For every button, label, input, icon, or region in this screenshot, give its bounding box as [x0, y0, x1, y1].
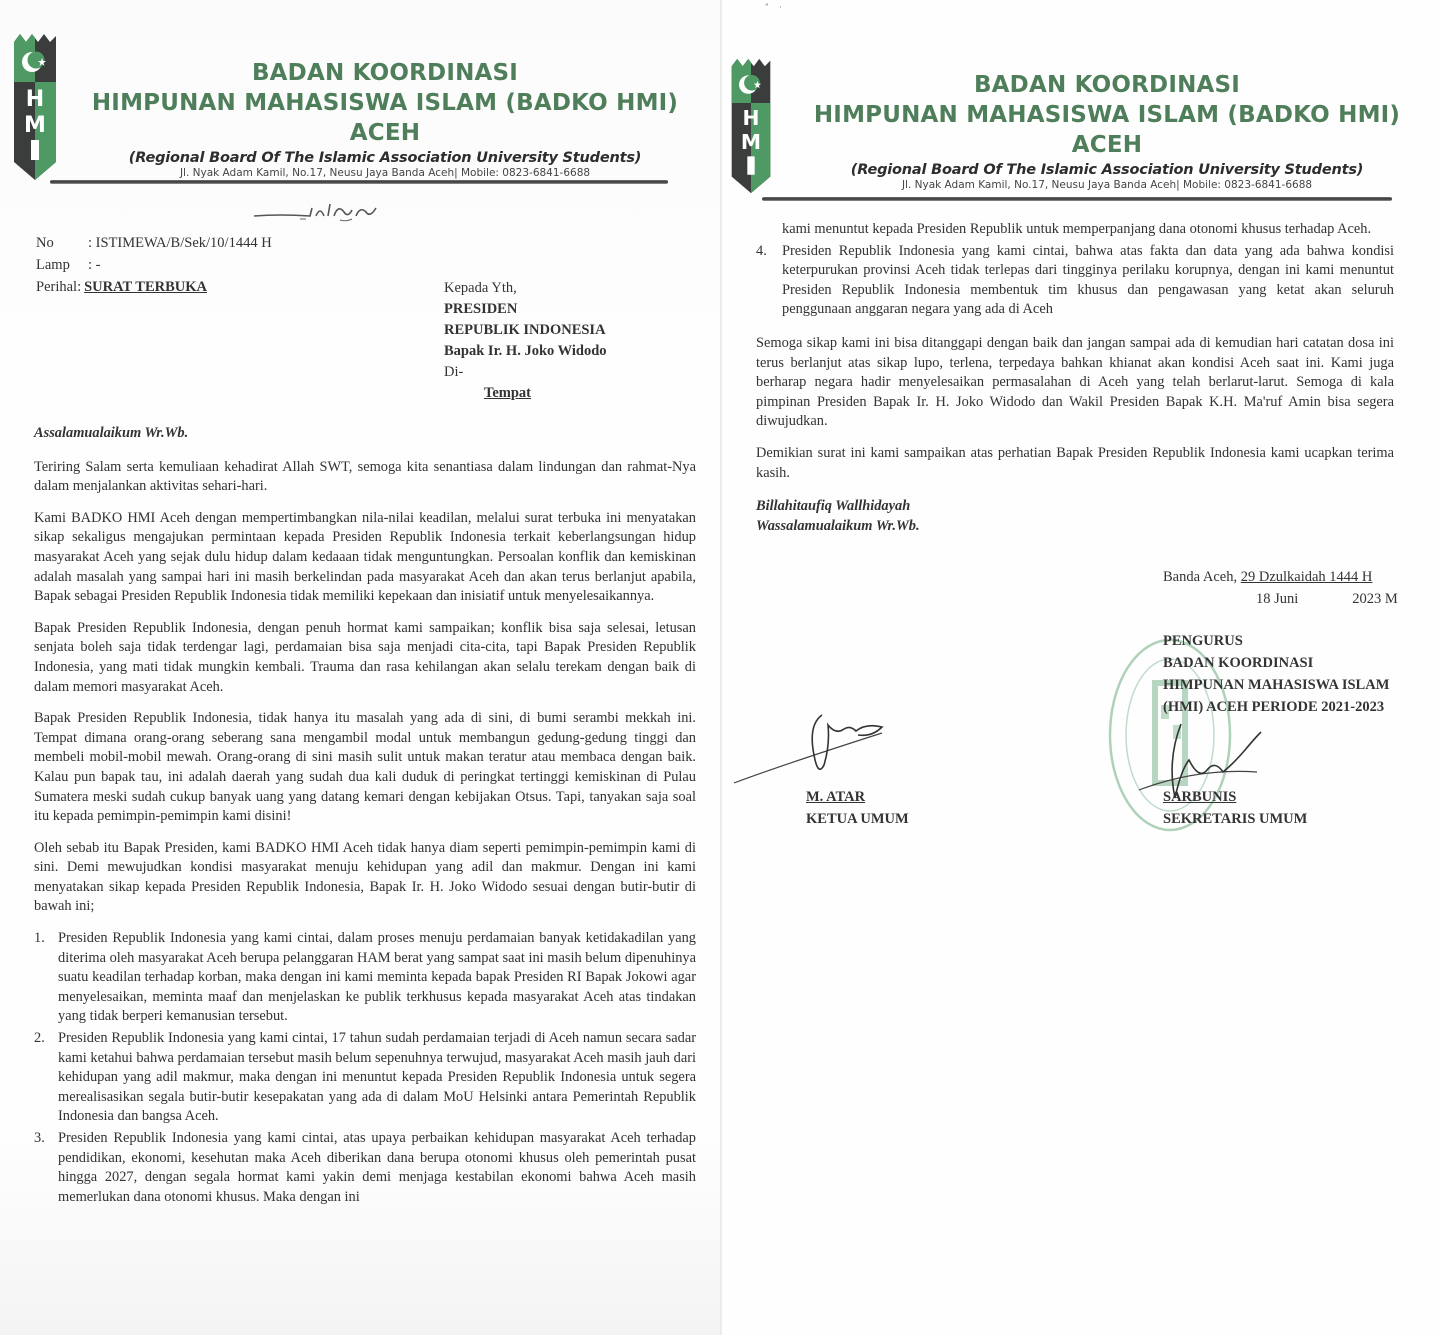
letter-meta: No : ISTIMEWA/B/Sek/10/1444 H Lamp : - P…	[36, 232, 272, 298]
list-item: 2.Presiden Republik Indonesia yang kami …	[34, 1029, 696, 1127]
salutation: Assalamualaikum Wr.Wb.	[34, 424, 696, 444]
letter-page-2: " · H M BADAN KOORDINASI HIMPUNAN MAHASI…	[722, 0, 1440, 1335]
demands-list: 1.Presiden Republik Indonesia yang kami …	[34, 929, 696, 1207]
paragraph: Kami BADKO HMI Aceh dengan mempertimbang…	[34, 509, 696, 607]
org-subtitle: (Regional Board Of The Islamic Associati…	[782, 161, 1432, 179]
closing-line-2: Wassalamualaikum Wr.Wb.	[756, 517, 1394, 537]
paragraph: Semoga sikap kami ini bisa ditanggapi de…	[756, 334, 1394, 432]
svg-text:M: M	[24, 113, 46, 138]
paragraph: Bapak Presiden Republik Indonesia, denga…	[34, 619, 696, 697]
list-item: 3.Presiden Republik Indonesia yang kami …	[34, 1129, 696, 1207]
hmi-logo-icon: H M	[10, 32, 60, 182]
list-item: 4.Presiden Republik Indonesia yang kami …	[756, 242, 1394, 320]
point-3-continued: kami menuntut kepada Presiden Republik u…	[756, 220, 1394, 240]
letterhead-text: BADAN KOORDINASI HIMPUNAN MAHASISWA ISLA…	[60, 58, 710, 180]
signer-left-name: M. ATAR	[806, 786, 909, 808]
org-address: Jl. Nyak Adam Kamil, No.17, Neusu Jaya B…	[60, 167, 710, 180]
scan-marks: " ·	[765, 2, 786, 12]
svg-text:H: H	[743, 106, 760, 130]
letter-body-page-2: kami menuntut kepada Presiden Republik u…	[756, 220, 1394, 536]
meta-perihal: Perihal: SURAT TERBUKA	[36, 276, 272, 298]
paragraph: Oleh sebab itu Bapak Presiden, kami BADK…	[34, 839, 696, 917]
signature-left-icon	[732, 705, 892, 795]
place-date: Banda Aceh, 29 Dzulkaidah 1444 H 18 Juni…	[1163, 566, 1398, 610]
org-name-line2: HIMPUNAN MAHASISWA ISLAM (BADKO HMI)	[60, 88, 710, 118]
hmi-logo-icon: H M	[728, 56, 774, 196]
org-name-line1: BADAN KOORDINASI	[60, 58, 710, 88]
meta-lamp: Lamp : -	[36, 254, 272, 276]
letter-page-1: H M BADAN KOORDINASI HIMPUNAN MAHASISWA …	[0, 0, 720, 1335]
list-item: 1.Presiden Republik Indonesia yang kami …	[34, 929, 696, 1027]
letterhead-divider	[762, 197, 1392, 201]
signer-right: SARBUNIS SEKRETARIS UMUM	[1163, 786, 1307, 830]
letterhead-text: BADAN KOORDINASI HIMPUNAN MAHASISWA ISLA…	[782, 70, 1432, 192]
hijri-date: 29 Dzulkaidah 1444 H	[1241, 569, 1373, 585]
signer-left: M. ATAR KETUA UMUM	[806, 786, 909, 830]
subject: SURAT TERBUKA	[84, 276, 207, 298]
org-address: Jl. Nyak Adam Kamil, No.17, Neusu Jaya B…	[782, 179, 1432, 192]
signer-right-name: SARBUNIS	[1163, 786, 1307, 808]
closing-line-1: Billahitaufiq Wallhidayah	[756, 497, 1394, 517]
org-name-line2: HIMPUNAN MAHASISWA ISLAM (BADKO HMI)	[782, 100, 1432, 130]
org-name-line1: BADAN KOORDINASI	[782, 70, 1432, 100]
org-name-line3: ACEH	[60, 118, 710, 148]
signer-right-title: SEKRETARIS UMUM	[1163, 808, 1307, 830]
svg-text:M: M	[741, 130, 761, 154]
organization-block: PENGURUS BADAN KOORDINASI HIMPUNAN MAHAS…	[1163, 630, 1389, 718]
letterhead: H M BADAN KOORDINASI HIMPUNAN MAHASISWA …	[722, 50, 1440, 220]
letterhead-divider	[50, 180, 668, 184]
gregorian-date: 18 Juni	[1256, 591, 1298, 607]
org-subtitle: (Regional Board Of The Islamic Associati…	[60, 149, 710, 167]
paragraph: Bapak Presiden Republik Indonesia, tidak…	[34, 709, 696, 827]
basmalah-icon	[250, 198, 380, 224]
signer-left-title: KETUA UMUM	[806, 808, 909, 830]
letter-body-page-1: Assalamualaikum Wr.Wb. Teriring Salam se…	[34, 424, 696, 1209]
meta-no: No : ISTIMEWA/B/Sek/10/1444 H	[36, 232, 272, 254]
org-name-line3: ACEH	[782, 130, 1432, 160]
recipient-block: Kepada Yth, PRESIDEN REPUBLIK INDONESIA …	[444, 278, 607, 404]
svg-text:H: H	[26, 87, 44, 112]
letterhead: H M BADAN KOORDINASI HIMPUNAN MAHASISWA …	[0, 30, 720, 200]
paragraph: Demikian surat ini kami sampaikan atas p…	[756, 444, 1394, 483]
paragraph: Teriring Salam serta kemuliaan kehadirat…	[34, 458, 696, 497]
demands-list-continued: 4.Presiden Republik Indonesia yang kami …	[756, 242, 1394, 320]
